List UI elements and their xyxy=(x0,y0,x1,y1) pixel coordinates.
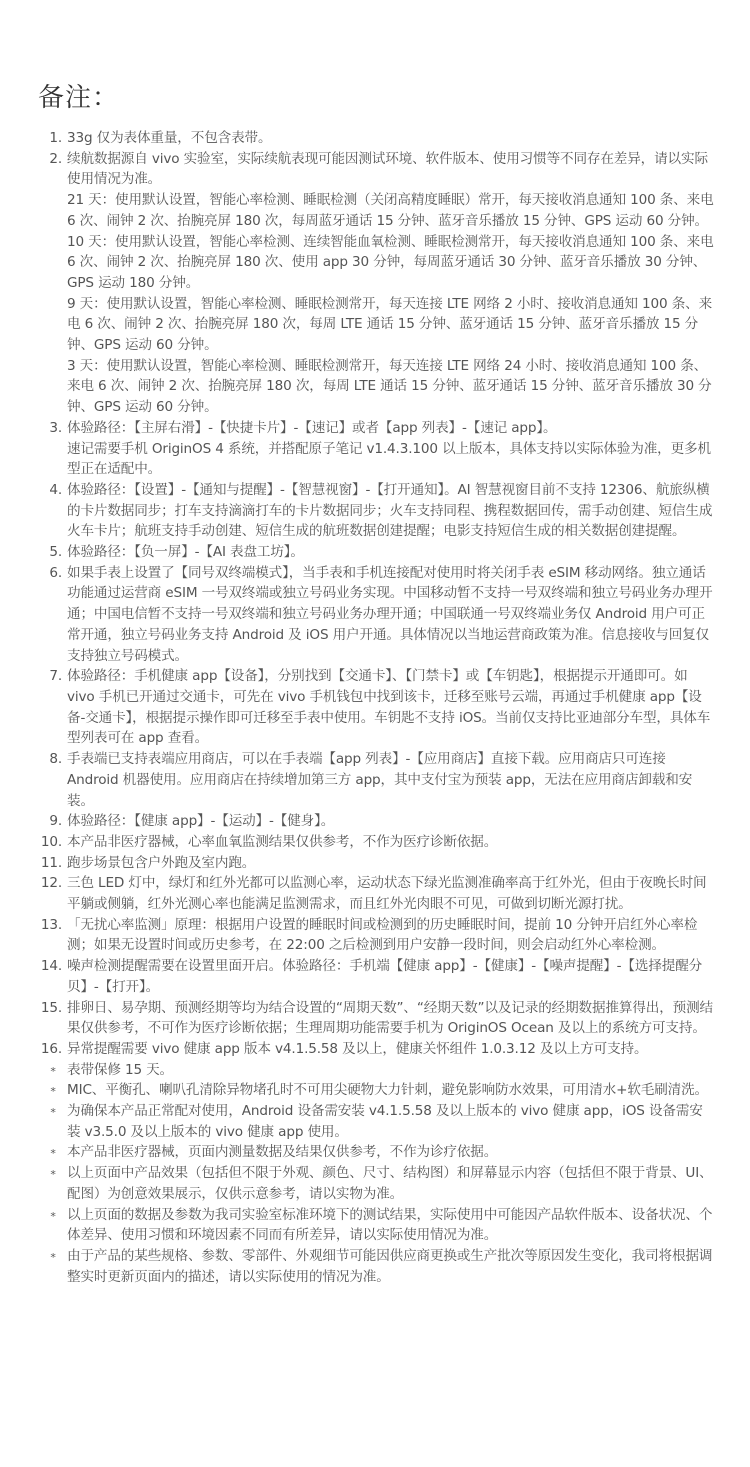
extra-note-text: 为确保本产品正常配对使用，Android 设备需安装 v4.1.5.58 及以上… xyxy=(67,1101,716,1142)
page-title: 备注： xyxy=(38,80,750,116)
note-text: 体验路径：【负一屏】-【AI 表盘工坊】。 xyxy=(67,542,716,563)
extra-note-text: 以上页面的数据及参数为我司实验室标准环境下的测试结果，实际使用中可能因产品软件版… xyxy=(67,1205,716,1246)
note-item: 6.如果手表上设置了【同号双终端模式】，当手表和手机连接配对使用时将关闭手表 e… xyxy=(0,563,750,667)
note-text: 三色 LED 灯中，绿灯和红外光都可以监测心率，运动状态下绿光监测准确率高于红外… xyxy=(67,873,716,914)
note-item: 12.三色 LED 灯中，绿灯和红外光都可以监测心率，运动状态下绿光监测准确率高… xyxy=(0,873,750,914)
note-text: 排卵日、易孕期、预测经期等均为结合设置的“周期天数”、“经期天数”以及记录的经期… xyxy=(67,998,716,1039)
note-item: 3.体验路径：【主屏右滑】-【快捷卡片】-【速记】或者【app 列表】-【速记 … xyxy=(0,418,750,480)
notes-page: 备注： 1.33g 仅为表体重量，不包含表带。2.续航数据源自 vivo 实验室… xyxy=(0,0,750,1287)
asterisk-icon: * xyxy=(46,1248,60,1269)
extra-note-item: *由于产品的某些规格、参数、零部件、外观细节可能因供应商更换或生产批次等原因发生… xyxy=(0,1246,750,1287)
note-text: 体验路径：【设置】-【通知与提醒】-【智慧视窗】-【打开通知】。AI 智慧视窗目… xyxy=(67,480,716,542)
note-text: 速记需要手机 OriginOS 4 系统，并搭配原子笔记 v1.4.3.100 … xyxy=(67,439,716,480)
note-item: 16.异常提醒需要 vivo 健康 app 版本 v4.1.5.58 及以上，健… xyxy=(0,1039,750,1060)
asterisk-icon: * xyxy=(46,1165,60,1186)
extra-note-item: *为确保本产品正常配对使用，Android 设备需安装 v4.1.5.58 及以… xyxy=(0,1101,750,1142)
note-text: 3 天：使用默认设置，智能心率检测、睡眠检测常开，每天连接 LTE 网络 24 … xyxy=(67,356,716,418)
note-text: 跑步场景包含户外跑及室内跑。 xyxy=(67,853,716,874)
note-item: 13.「无扰心率监测」原理：根据用户设置的睡眠时间或检测到的历史睡眠时间，提前 … xyxy=(0,915,750,956)
note-number: 10. xyxy=(0,832,62,853)
note-text: 33g 仅为表体重量，不包含表带。 xyxy=(67,128,716,149)
note-item: 9.体验路径：【健康 app】-【运动】-【健身】。 xyxy=(0,811,750,832)
notes-list: 1.33g 仅为表体重量，不包含表带。2.续航数据源自 vivo 实验室，实际续… xyxy=(0,128,750,1287)
note-text: 续航数据源自 vivo 实验室，实际续航表现可能因测试环境、软件版本、使用习惯等… xyxy=(67,149,716,190)
note-number: 3. xyxy=(0,418,62,439)
note-text: 如果手表上设置了【同号双终端模式】，当手表和手机连接配对使用时将关闭手表 eSI… xyxy=(67,563,716,667)
note-item: 11.跑步场景包含户外跑及室内跑。 xyxy=(0,853,750,874)
note-text: 10 天：使用默认设置，智能心率检测、连续智能血氧检测、睡眠检测常开，每天接收消… xyxy=(67,232,716,294)
extra-note-text: MIC、平衡孔、喇叭孔清除异物堵孔时不可用尖硬物大力针刺，避免影响防水效果，可用… xyxy=(67,1080,716,1101)
note-item: 4.体验路径：【设置】-【通知与提醒】-【智慧视窗】-【打开通知】。AI 智慧视… xyxy=(0,480,750,542)
extra-note-item: *MIC、平衡孔、喇叭孔清除异物堵孔时不可用尖硬物大力针刺，避免影响防水效果，可… xyxy=(0,1080,750,1101)
note-number: 16. xyxy=(0,1039,62,1060)
asterisk-icon: * xyxy=(46,1144,60,1165)
asterisk-icon: * xyxy=(46,1062,60,1083)
extra-note-item: *表带保修 15 天。 xyxy=(0,1060,750,1081)
note-number: 5. xyxy=(0,542,62,563)
extra-note-text: 以上页面中产品效果（包括但不限于外观、颜色、尺寸、结构图）和屏幕显示内容（包括但… xyxy=(67,1163,716,1204)
note-number: 8. xyxy=(0,749,62,770)
note-number: 13. xyxy=(0,915,62,936)
note-number: 9. xyxy=(0,811,62,832)
note-text: 9 天：使用默认设置，智能心率检测、睡眠检测常开，每天连接 LTE 网络 2 小… xyxy=(67,294,716,356)
note-item: 10.本产品非医疗器械，心率血氧监测结果仅供参考，不作为医疗诊断依据。 xyxy=(0,832,750,853)
note-number: 6. xyxy=(0,563,62,584)
note-number: 2. xyxy=(0,149,62,170)
note-item: 14.噪声检测提醒需要在设置里面开启。体验路径：手机端【健康 app】-【健康】… xyxy=(0,956,750,997)
note-text: 体验路径：【主屏右滑】-【快捷卡片】-【速记】或者【app 列表】-【速记 ap… xyxy=(67,418,716,439)
note-text: 噪声检测提醒需要在设置里面开启。体验路径：手机端【健康 app】-【健康】-【噪… xyxy=(67,956,716,997)
extra-note-item: *以上页面的数据及参数为我司实验室标准环境下的测试结果，实际使用中可能因产品软件… xyxy=(0,1205,750,1246)
extra-note-item: *本产品非医疗器械，页面内测量数据及结果仅供参考，不作为诊疗依据。 xyxy=(0,1142,750,1163)
note-item: 5.体验路径：【负一屏】-【AI 表盘工坊】。 xyxy=(0,542,750,563)
note-text: 体验路径：手机健康 app【设备】，分别找到【交通卡】、【门禁卡】或【车钥匙】，… xyxy=(67,666,716,749)
note-item: 7.体验路径：手机健康 app【设备】，分别找到【交通卡】、【门禁卡】或【车钥匙… xyxy=(0,666,750,749)
note-text: 21 天：使用默认设置，智能心率检测、睡眠检测（关闭高精度睡眠）常开，每天接收消… xyxy=(67,190,716,231)
note-number: 14. xyxy=(0,956,62,977)
extra-note-item: *以上页面中产品效果（包括但不限于外观、颜色、尺寸、结构图）和屏幕显示内容（包括… xyxy=(0,1163,750,1204)
note-number: 12. xyxy=(0,873,62,894)
note-item: 1.33g 仅为表体重量，不包含表带。 xyxy=(0,128,750,149)
asterisk-icon: * xyxy=(46,1207,60,1228)
note-number: 4. xyxy=(0,480,62,501)
note-text: 体验路径：【健康 app】-【运动】-【健身】。 xyxy=(67,811,716,832)
asterisk-icon: * xyxy=(46,1103,60,1124)
extra-note-text: 本产品非医疗器械，页面内测量数据及结果仅供参考，不作为诊疗依据。 xyxy=(67,1142,716,1163)
note-number: 7. xyxy=(0,666,62,687)
note-item: 15.排卵日、易孕期、预测经期等均为结合设置的“周期天数”、“经期天数”以及记录… xyxy=(0,998,750,1039)
note-item: 8.手表端已支持表端应用商店，可以在手表端【app 列表】-【应用商店】直接下载… xyxy=(0,749,750,811)
note-text: 本产品非医疗器械，心率血氧监测结果仅供参考，不作为医疗诊断依据。 xyxy=(67,832,716,853)
note-text: 异常提醒需要 vivo 健康 app 版本 v4.1.5.58 及以上，健康关怀… xyxy=(67,1039,716,1060)
note-item: 2.续航数据源自 vivo 实验室，实际续航表现可能因测试环境、软件版本、使用习… xyxy=(0,149,750,418)
note-number: 15. xyxy=(0,998,62,1019)
asterisk-icon: * xyxy=(46,1082,60,1103)
note-number: 11. xyxy=(0,853,62,874)
note-text: 手表端已支持表端应用商店，可以在手表端【app 列表】-【应用商店】直接下载。应… xyxy=(67,749,716,811)
extra-note-text: 由于产品的某些规格、参数、零部件、外观细节可能因供应商更换或生产批次等原因发生变… xyxy=(67,1246,716,1287)
note-text: 「无扰心率监测」原理：根据用户设置的睡眠时间或检测到的历史睡眠时间，提前 10 … xyxy=(67,915,716,956)
extra-note-text: 表带保修 15 天。 xyxy=(67,1060,716,1081)
note-number: 1. xyxy=(0,128,62,149)
